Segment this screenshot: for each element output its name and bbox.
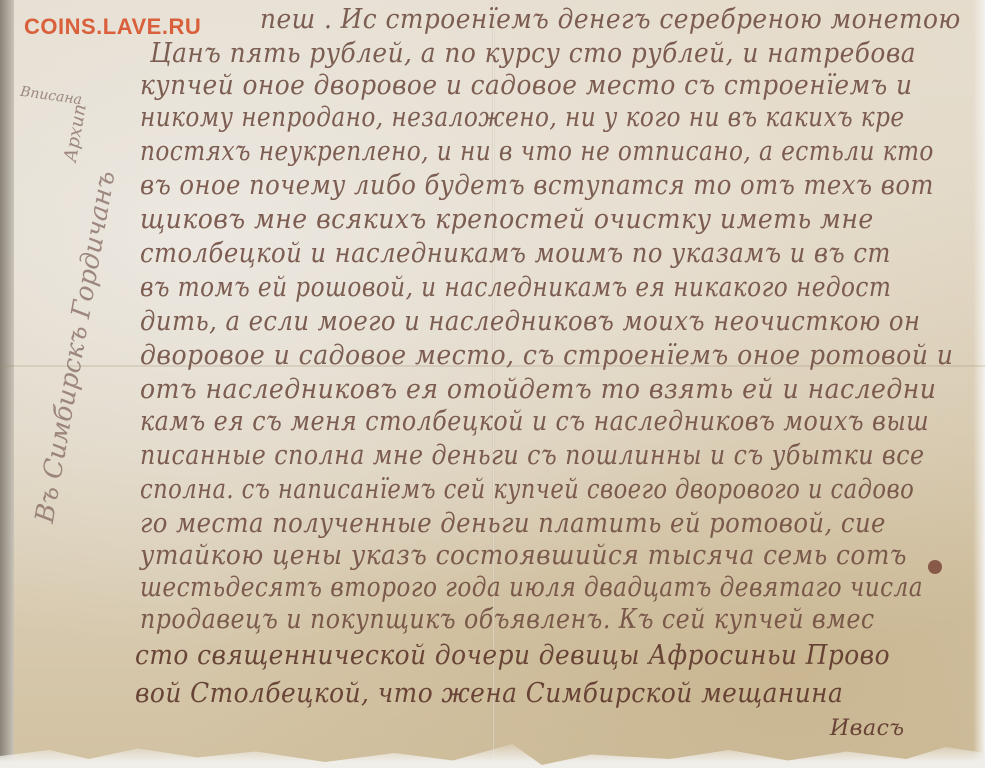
manuscript-line: дворовое и садовое место, съ строенїемъ … [140, 340, 953, 371]
manuscript-line: камъ ея съ меня столбецкой и съ наследни… [140, 406, 929, 437]
manuscript-line: Цанъ пять рублей, а по курсу сто рублей,… [150, 38, 916, 69]
manuscript-line: продавецъ и покупщикъ объявленъ. Къ сей … [140, 604, 875, 635]
manuscript-line: постяхъ неукреплено, и ни в что не отпис… [140, 136, 934, 167]
manuscript-line: пеш . Ис строенїемъ денегъ серебреною мо… [260, 4, 961, 35]
ink-stain [928, 560, 942, 574]
manuscript-line: дить, а если моего и наследниковъ моихъ … [140, 306, 920, 337]
manuscript-line: столбецкой и наследникамъ моимъ по указа… [140, 238, 891, 269]
paper-left-edge [0, 0, 14, 768]
manuscript-line: купчей оное дворовое и садовое место съ … [140, 70, 912, 101]
manuscript-line: утайкою цены указъ состоявшийся тысяча с… [140, 540, 907, 571]
manuscript-line: писанные сполна мне деньги съ пошлинны и… [140, 440, 924, 471]
manuscript-line: вой Столбецкой, что жена Симбирской меща… [135, 678, 843, 709]
manuscript-line: щиковъ мне всякихъ крепостей очистку име… [140, 204, 874, 235]
manuscript-line: въ оное почему либо будетъ вступатся то … [140, 170, 934, 201]
manuscript-line: сто священнической дочери девицы Афросин… [135, 640, 890, 671]
paper-right-edge [973, 0, 985, 768]
manuscript-line: го места полученные деньги платить ей ро… [140, 508, 886, 539]
manuscript-line: никому непродано, незаложено, ни у кого … [140, 102, 905, 133]
manuscript-line: шестьдесятъ второго года июля двадцатъ д… [140, 572, 923, 603]
manuscript-line: отъ наследниковъ ея отойдетъ то взять ей… [140, 374, 936, 405]
watermark: COINS.LAVE.RU [24, 14, 201, 40]
manuscript-line: сполна. съ написанїемъ сей купчей своего… [140, 474, 914, 505]
manuscript-line: Ивасъ [830, 716, 905, 741]
manuscript-line: въ томъ ей рошовой, и наследникамъ ея ни… [140, 272, 891, 303]
